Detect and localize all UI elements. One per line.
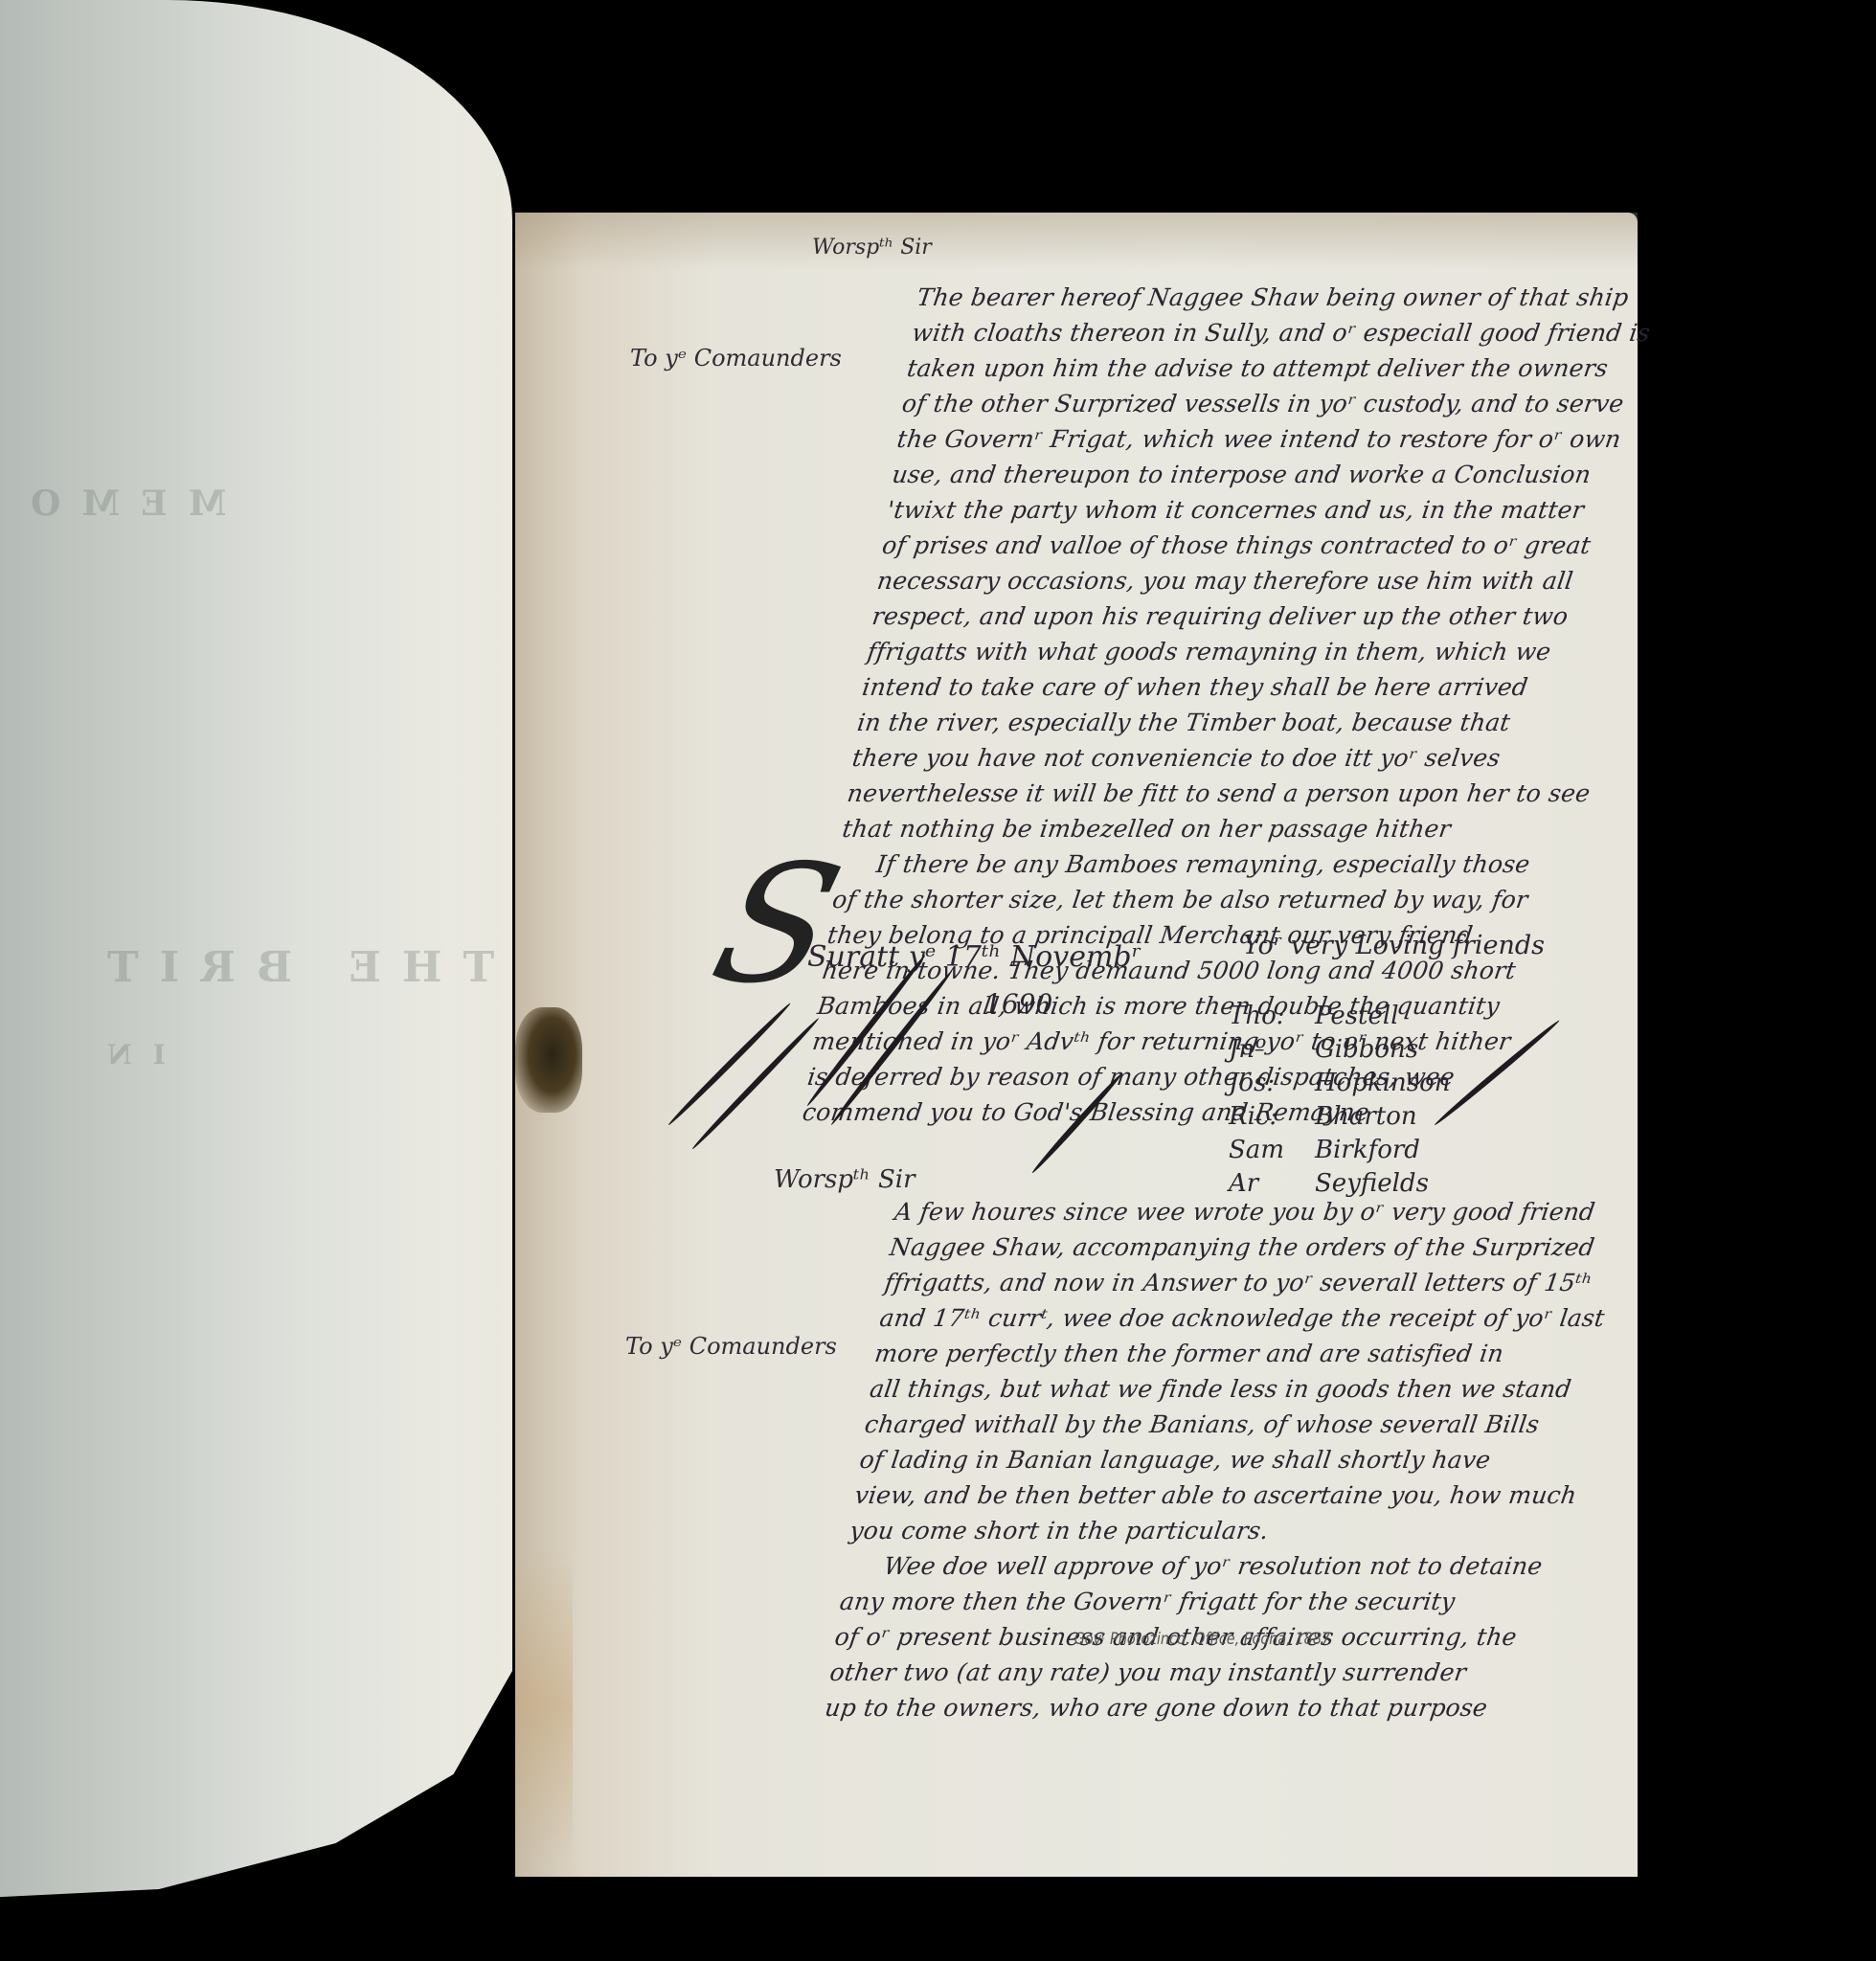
right-page-manuscript: Worspᵗʰ Sir To yᵉ Comaunders The bearer … [515,213,1638,1877]
letter-line: intend to take care of when they shall b… [860,669,1608,705]
letter1-margin-note: To yᵉ Comaunders [630,345,842,372]
signature: SamBirkford [1229,1134,1451,1167]
letter-line: with cloaths thereon in Sully, and oʳ es… [910,315,1658,350]
letter-line: The bearer hereof Naggee Shaw being owne… [915,280,1662,315]
letter2-salutation: Worspᵗʰ Sir [774,1165,915,1194]
signatures-block: Tho:Pestell JnºGibbons Jos:Hopkinson Ric… [1229,969,1451,1201]
bleed-through-text: IN [86,1039,166,1071]
letter-line: any more then the Governʳ frigatt for th… [838,1584,1568,1619]
letter-line: Wee doe well approve of yoʳ resolution n… [843,1548,1572,1584]
letter-line: use, and thereupon to interpose and work… [890,457,1638,492]
valediction: Yoʳ very Loving friends [1243,931,1545,960]
letter-line: of the shorter size, let them be also re… [830,882,1578,917]
letter-line: view, and be then better able to ascerta… [852,1477,1582,1513]
year: 1690 [984,988,1052,1020]
signature: JnºGibbons [1229,1033,1451,1067]
letter-line: of prises and valloe of those things con… [880,528,1628,563]
foxing-stain [515,1553,573,1860]
bleed-through-text: MEMO [10,484,227,524]
letter-line: of the other Surprized vessells in yoʳ c… [900,386,1648,421]
letter-line: other two (at any rate) you may instantl… [827,1655,1557,1690]
letter-line: A few houres since wee wrote you by oʳ v… [893,1194,1622,1229]
letter-line: ffrigatts, and now in Answer to yoʳ seve… [882,1265,1612,1300]
letter-line: all things, but what we finde less in go… [868,1371,1597,1407]
bleed-through-text: THE BRIT [86,943,494,992]
letter1-salutation: Worspᵗʰ Sir [812,236,932,259]
letter-line: of lading in Banian language, we shall s… [857,1442,1587,1477]
letter-line: you come short in the particulars. [848,1513,1577,1548]
letter-line: 'twixt the party whom it concernes and u… [885,492,1633,528]
ink-stain [515,1007,582,1113]
letter-line: respect, and upon his requiring deliver … [870,598,1617,634]
letter-line: that nothing be imbezelled on her passag… [840,811,1588,846]
page-edge-shadow [515,213,1638,270]
letter-line: charged withall by the Banians, of whose… [863,1407,1593,1442]
letter2-margin-note: To yᵉ Comaunders [625,1333,837,1360]
printer-imprint: Govᵗ Photozinco. Office, Poona, 1887 [1074,1630,1331,1649]
letter-line: more perfectly then the former and are s… [872,1336,1602,1371]
letter-line: there you have not conveniencie to doe i… [850,740,1598,776]
letter-line: the Governʳ Frigat, which wee intend to … [894,421,1642,457]
letter-line: necessary occasions, you may therefore u… [875,563,1623,598]
letter-line: and 17ᵗʰ currᵗ, wee doe acknowledge the … [877,1300,1607,1336]
signature: Jos:Hopkinson [1229,1067,1451,1100]
letter-line: in the river, especially the Timber boat… [855,705,1603,740]
left-page-verso: MEMO THE BRIT IN [0,0,512,1901]
signature: Tho:Pestell [1229,1000,1451,1033]
place-date: Suratt yᵉ 17ᵗʰ Novembʳ [807,940,1141,974]
letter-line: taken upon him the advise to attempt del… [905,350,1653,386]
letter-line: ffrigatts with what goods remayning in t… [865,634,1613,669]
letter-line: up to the owners, who are gone down to t… [823,1690,1552,1725]
letter-line: neverthelesse it will be fitt to send a … [845,776,1593,811]
letter-line: If there be any Bamboes remayning, espec… [835,846,1583,882]
letter-line: Naggee Shaw, accompanying the orders of … [888,1229,1617,1265]
signature: Ric:Bharton [1229,1100,1451,1134]
